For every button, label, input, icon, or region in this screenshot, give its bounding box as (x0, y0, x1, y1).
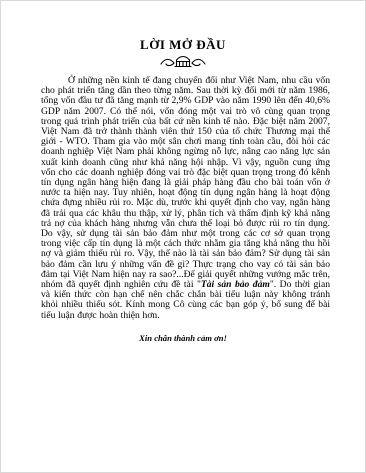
intro-paragraph: Ở những nền kinh tế đang chuyển đổi như … (41, 76, 330, 321)
closing-thanks: Xin chân thành cảm ơn! (1, 333, 365, 343)
document-page: LỜI MỞ ĐẦU Ở những nền kinh tế đang chuy… (0, 0, 366, 473)
page-title: LỜI MỞ ĐẦU (1, 38, 365, 51)
intro-paragraph-part1: Ở những nền kinh tế đang chuyển đổi như … (41, 75, 330, 290)
title-ornament (1, 55, 365, 69)
flourish-divider-icon (160, 56, 206, 73)
